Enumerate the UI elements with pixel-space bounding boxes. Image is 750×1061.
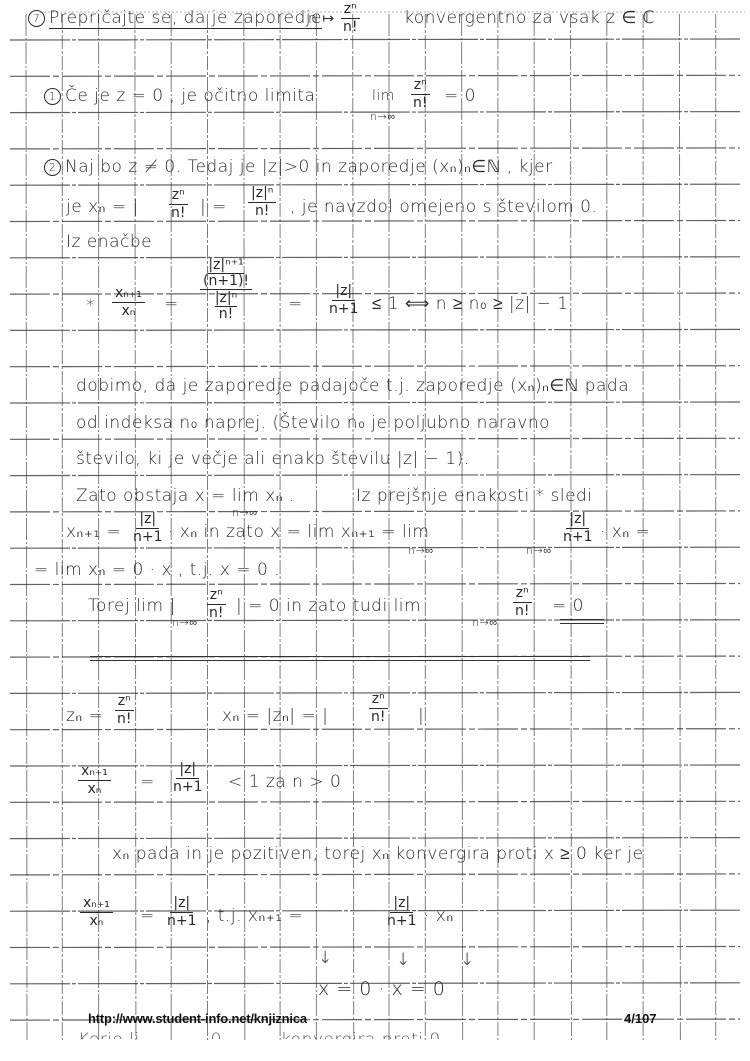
limit-line: x = 0 · x = 0 [318,978,445,1000]
eq-lhs: xₙ₊₁ xₙ [112,286,145,318]
case2-frac1-num: zⁿ [169,188,188,205]
ratio-den: xₙ [85,781,105,797]
scanned-page: 7Prepričajte se, da je zaporedje n ↦ zⁿ … [0,0,750,1061]
eq-eq2: = [288,294,303,314]
case2-line1: 2Naj bo z ≠ 0. Tedaj je |z|>0 in zapored… [44,157,553,177]
ratio2-eq: = [140,906,155,926]
para-line2: od indeksa n₀ naprej. (Število n₀ je pol… [76,413,550,433]
star-marker: * [86,296,95,316]
eq-den-bot: n! [219,307,234,322]
para-line7-frac2-den: n! [512,603,533,619]
para-line4-prefix: Zato obstaja x = lim xₙ . [76,486,295,506]
case1-lim: lim [372,88,395,104]
para-line5-frac-num: |z| [136,512,159,529]
para-line4: Zato obstaja x = lim xₙ . [76,486,295,506]
eq-num-bot: (n+1)! [203,274,249,289]
eq-eq1: = [164,294,179,314]
para-line1: dobimo, da je zaporedje padajoče t.j. za… [76,376,629,396]
separator-line-2 [90,660,590,661]
arrow-2: ↓ [396,950,411,970]
ratio2-den: xₙ [87,913,107,929]
fraction-numerator: zⁿ [341,2,360,19]
case1-number: 1 [44,88,61,105]
case1-den: n! [410,95,431,111]
zn-lhs: zₙ = [66,706,103,726]
para-line6: = lim xₙ = 0 · x , t.j. x = 0 . [34,560,280,580]
para-line7-frac2-num: zⁿ [513,586,532,603]
case2-line2-prefix: je xₙ = | [66,197,139,217]
ratio-eq: = [140,772,155,792]
case2-frac1-den: n! [168,205,189,221]
convergence-sentence: xₙ pada in je pozitiven, torej xₙ konver… [112,844,644,864]
page-number: 4/107 [624,1011,657,1026]
para-line7-end: = 0 [552,596,584,616]
case2-frac2-num: |z|ⁿ [248,186,276,203]
eq-compound-num: |z|ⁿ⁺¹ (n+1)! [200,258,252,290]
problem-statement: 7Prepričajte se, da je zaporedje [28,8,322,28]
case1-body: Če je z = 0 , je očitno limita [65,86,315,106]
eq-num-top: |z|ⁿ⁺¹ [208,258,243,274]
arrow-1: ↓ [318,948,333,968]
xn-num: zⁿ [369,692,388,709]
statement-fraction: zⁿ n! [340,2,361,34]
para-line7-frac: zⁿ n! [206,588,227,620]
case2-line2-mid: | = [200,197,227,217]
ratio2-frac-den: n+1 [384,913,420,929]
eq-lhs-den: xₙ [119,303,139,319]
arrow-3: ↓ [460,950,475,970]
para-line4-suffix: Iz prejšnje enakosti * sledi [356,486,593,506]
xn-expr: xₙ = |zₙ| = | [222,706,328,726]
footer-url[interactable]: http://www.student-info.net/knjiznica [88,1011,307,1026]
eq-rhs-den: n+1 [326,301,362,317]
ratio-rhs: |z| n+1 [170,762,206,794]
ratio2-rhs-num: |z| [170,896,193,913]
fraction-denominator: n! [340,19,361,35]
zn-num: zⁿ [115,694,134,711]
ratio-rhs-num: |z| [176,762,199,779]
ratio2-num: xₙ₊₁ [80,896,113,913]
xn-den: n! [368,709,389,725]
para-line5-sub1: n→∞ [408,544,434,557]
para-line7-sub: n→∞ [172,616,198,629]
case1-lim-sub: n→∞ [370,110,396,123]
para-line7-frac-den: n! [206,605,227,621]
eq-den-top: |z|ⁿ [215,291,237,307]
case2-line1-text: Naj bo z ≠ 0. Tedaj je |z|>0 in zaporedj… [65,157,553,177]
para-line5-frac2-den: n+1 [560,529,596,545]
case2-line3: Iz enačbe [66,232,152,252]
xn-frac: zⁿ n! [368,692,389,724]
ratio2-rhs: |z| n+1 [164,896,200,928]
eq-rhs: |z| n+1 [326,284,362,316]
para-line5-frac-den: n+1 [130,529,166,545]
para-line7-mid: | = 0 in zato tudi lim [236,596,421,616]
ratio-tail: < 1 za n > 0 [228,772,341,792]
para-line5-frac: |z| n+1 [130,512,166,544]
zn-frac: zⁿ n! [114,694,135,726]
ratio2-tail: , t.j. xₙ₊₁ = [206,906,303,926]
para-line5-c: · xₙ = [600,522,650,542]
xn-close: | [418,706,424,726]
para-line7-sub2: n→∞ [472,616,498,629]
ratio-rhs-den: n+1 [170,779,206,795]
para-line5-sub2: n→∞ [526,544,552,557]
eq-rhs-num: |z| [332,284,355,301]
ratio2-rhs-den: n+1 [164,913,200,929]
ratio-num: xₙ₊₁ [78,764,111,781]
statement-prefix: Prepričajte se, da je zaporedje [49,8,322,29]
result-underline-1 [560,619,604,620]
statement-suffix: konvergentno za vsak z ∈ ℂ [404,8,655,28]
para-line3: število, ki je večje ali enako številu |… [76,449,470,469]
para-line5-b: · xₙ in zato x = lim xₙ₊₁ = lim [168,522,429,542]
para-line5-frac2: |z| n+1 [560,512,596,544]
ratio2-frac: |z| n+1 [384,896,420,928]
mapping: n ↦ [308,11,335,27]
case1-text: 1Če je z = 0 , je očitno limita [44,86,315,106]
case1-fraction: zⁿ n! [410,78,431,110]
para-line4-sub: n→∞ [232,506,258,519]
para-line5-a: xₙ₊₁ = [66,522,121,542]
para-line7-frac2: zⁿ n! [512,586,533,618]
case2-number: 2 [44,159,61,176]
para-line5-frac2-num: |z| [566,512,589,529]
case2-frac2-den: n! [252,203,273,219]
separator-line-1 [90,656,590,657]
case2-frac2: |z|ⁿ n! [248,186,276,218]
case2-line2-suffix: , je navzdol omejeno s številom 0. [290,197,597,217]
case1-num: zⁿ [411,78,430,95]
zn-den: n! [114,711,135,727]
result-underline-2 [560,623,604,624]
para-line7-frac-num: zⁿ [207,588,226,605]
ratio2-frac-num: |z| [390,896,413,913]
para-line7-prefix: Torej lim | [88,596,176,616]
ratio2-lhs: xₙ₊₁ xₙ [80,896,113,928]
eq-compound-den: |z|ⁿ n! [212,290,240,321]
case1-result: = 0 [444,86,476,106]
eq-lhs-num: xₙ₊₁ [112,286,145,303]
ratio-lhs: xₙ₊₁ xₙ [78,764,111,796]
eq-tail: ≤ 1 ⟺ n ≥ n₀ ≥ |z| − 1 [372,294,569,314]
ratio2-end: · xₙ [424,906,454,926]
case2-frac1: zⁿ n! [168,188,189,220]
eq-compound: |z|ⁿ⁺¹ (n+1)! |z|ⁿ n! [200,258,252,322]
problem-number: 7 [28,10,45,27]
